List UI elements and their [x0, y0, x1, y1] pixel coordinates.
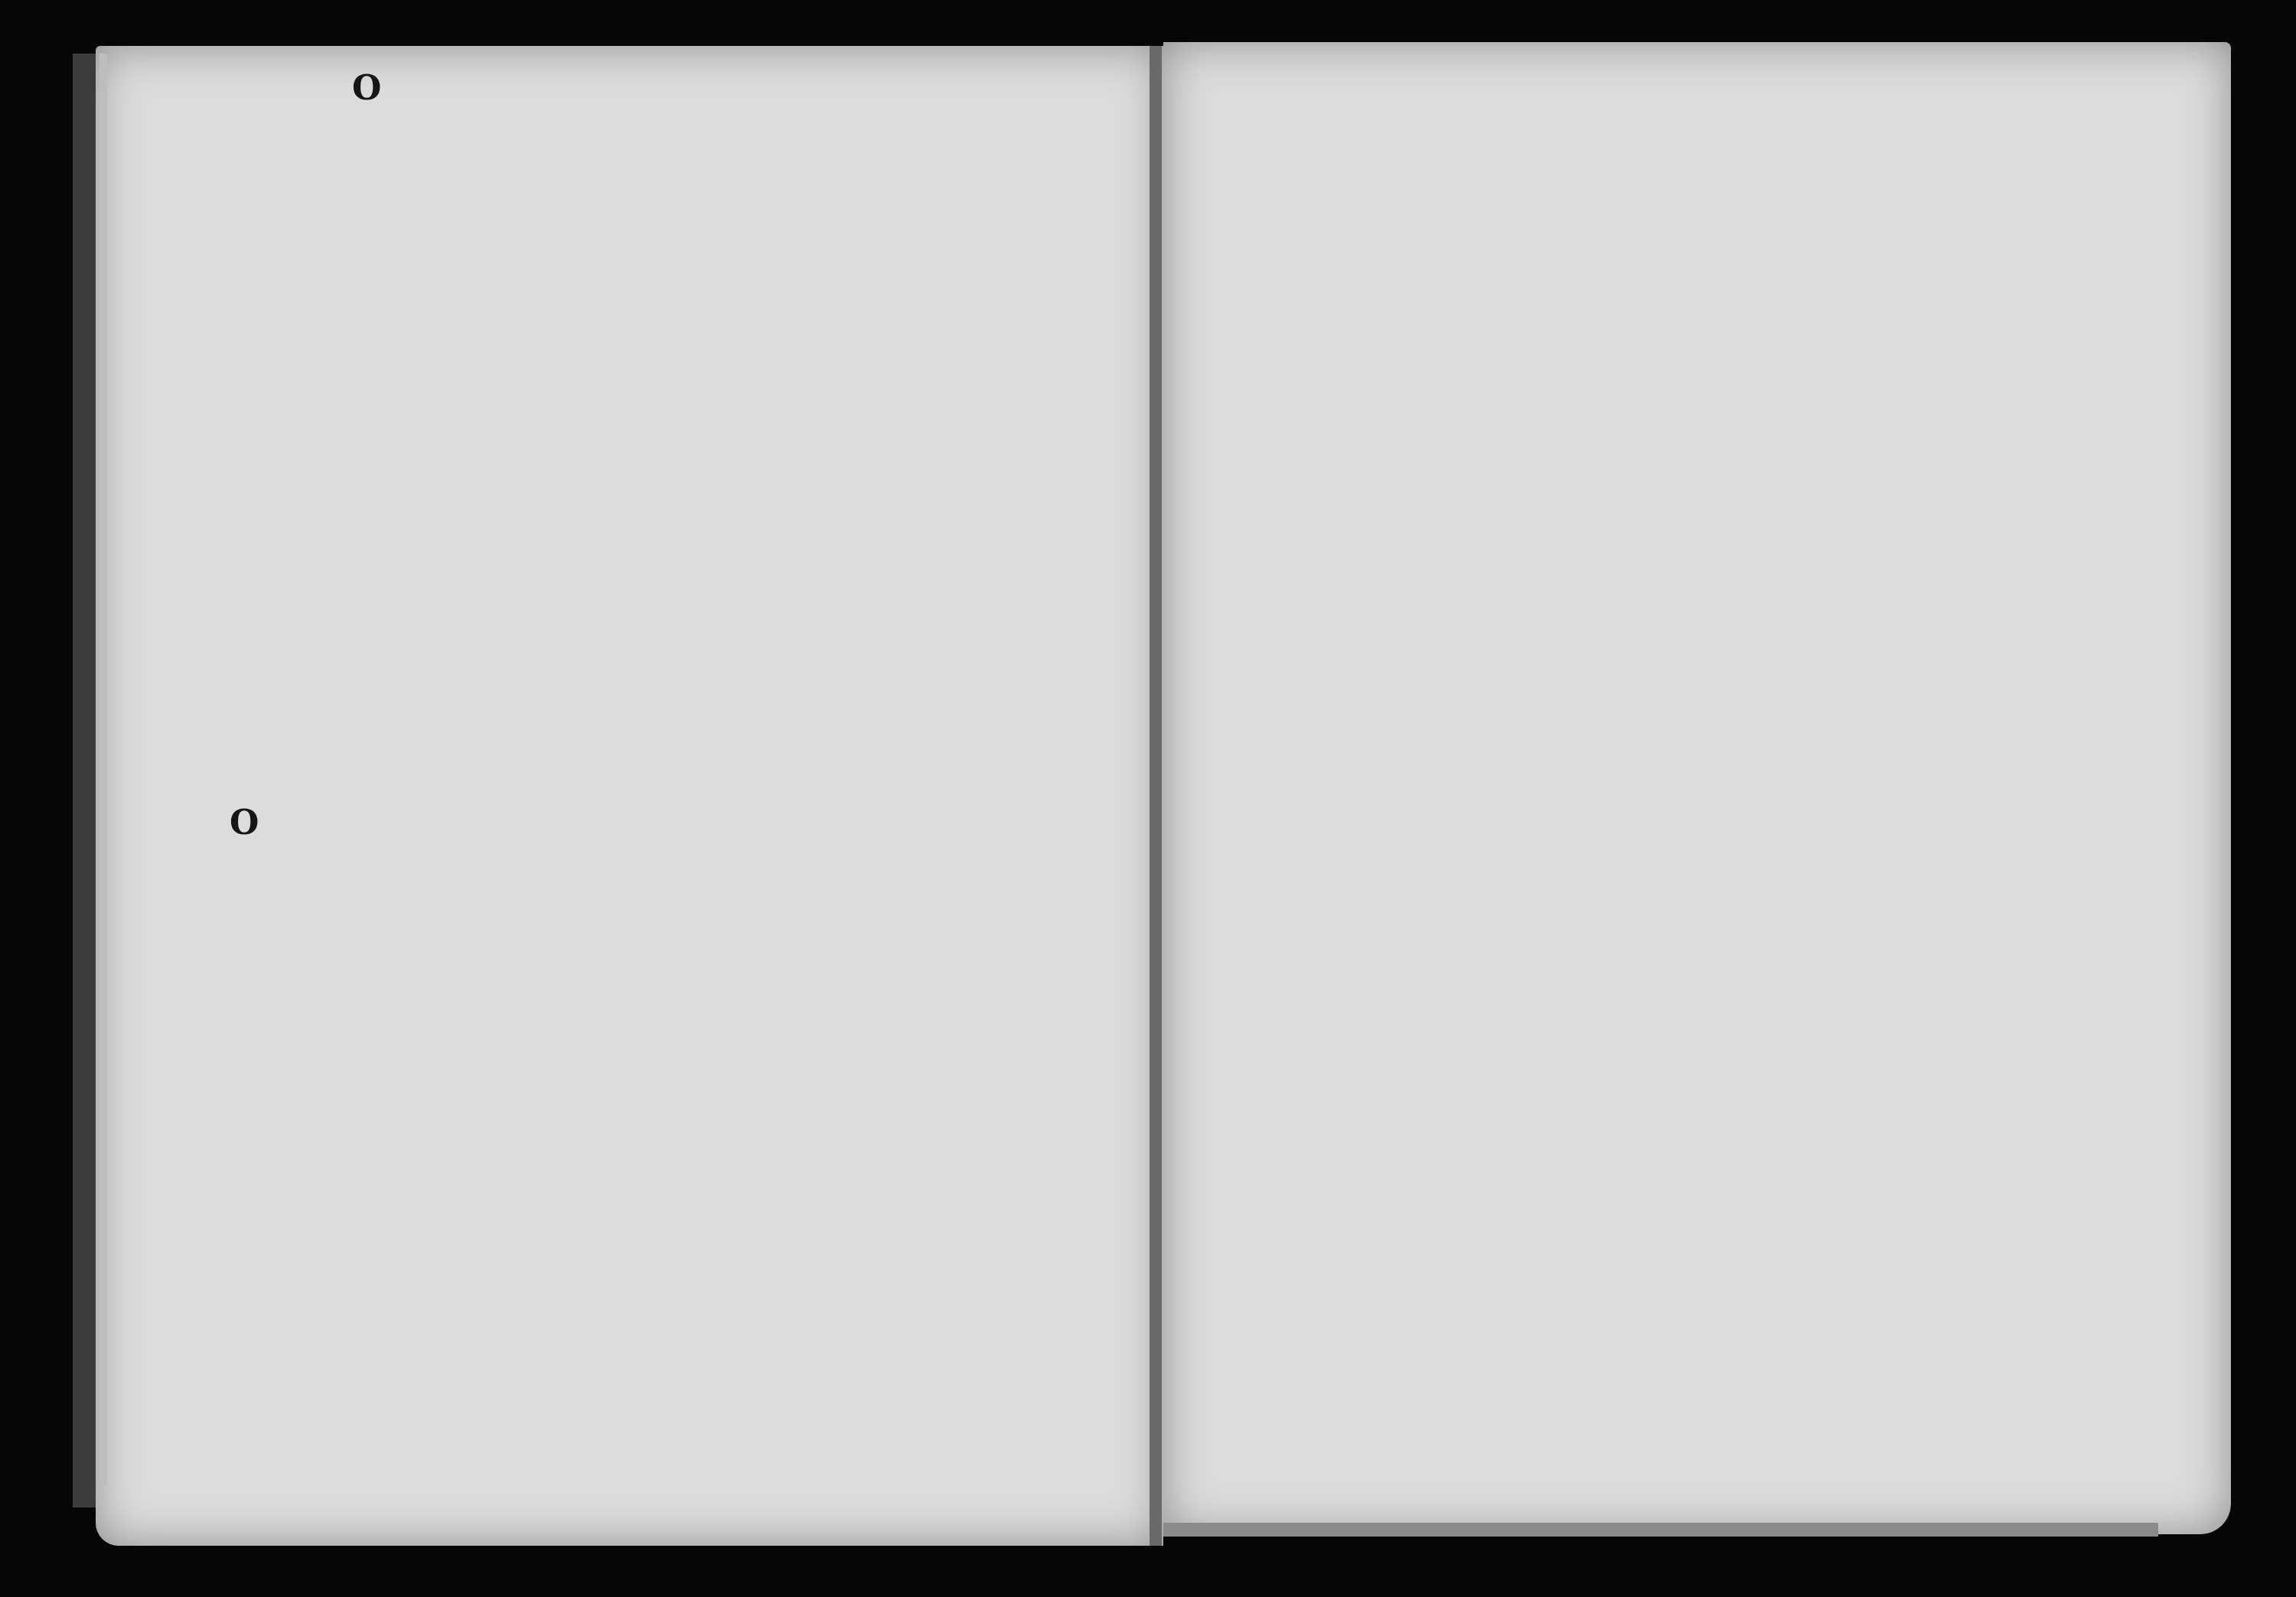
right-page — [1163, 42, 2231, 1534]
left-page — [96, 46, 1163, 1546]
drop-cap: O — [352, 69, 381, 108]
page-stack-edge — [99, 54, 107, 1485]
book-spine — [1150, 46, 1162, 1546]
page-stack-bottom — [1163, 1523, 2158, 1537]
